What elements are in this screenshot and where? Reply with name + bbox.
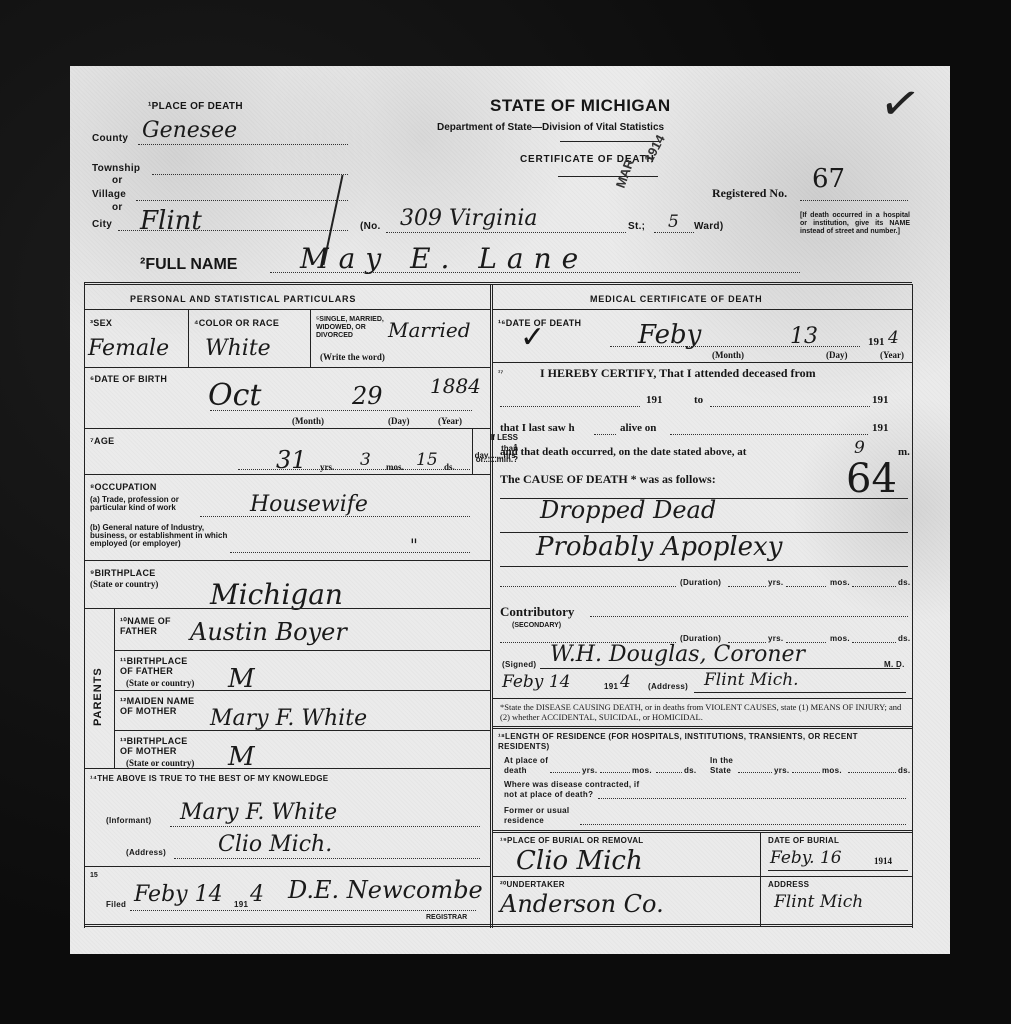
check-mark-icon: ✓	[520, 320, 545, 355]
contributory-label: Contributory	[500, 604, 574, 620]
in-state-label: In the State	[710, 756, 746, 776]
village-label: Village	[92, 190, 126, 200]
divider	[84, 560, 490, 561]
at-place-label: At place of death	[504, 756, 554, 776]
dotted-line	[594, 434, 616, 435]
month-caption: (Month)	[292, 416, 324, 426]
dotted-line	[130, 910, 476, 911]
filed-year-suffix: 4	[250, 882, 264, 907]
former-residence-label: Former or usual residence	[504, 806, 584, 826]
cause-code: 64	[846, 456, 897, 502]
divider	[84, 866, 490, 867]
father-name-label: ¹⁰NAME OF FATHER	[120, 616, 190, 636]
father-birthplace-label: ¹¹BIRTHPLACE OF FATHER	[120, 656, 196, 676]
yrs-label: yrs.	[320, 462, 334, 472]
registrar-signature: D.E. Newcombe	[288, 876, 483, 904]
father-name-value: Austin Boyer	[190, 618, 347, 646]
frame-left	[84, 282, 85, 928]
filed-year-prefix: 191	[234, 900, 248, 910]
mother-name-value: Mary F. White	[210, 706, 367, 731]
attended-from-year: 191	[646, 394, 663, 406]
dotted-line	[848, 772, 896, 773]
age-years: 31	[276, 446, 307, 474]
divider	[492, 726, 912, 729]
death-time-value: 9	[854, 438, 865, 458]
burial-date-value: Feby. 16	[770, 848, 842, 868]
address-line	[694, 692, 906, 693]
race-label: ⁴COLOR OR RACE	[194, 318, 279, 328]
dob-label: ⁶DATE OF BIRTH	[90, 374, 167, 384]
divider	[492, 876, 912, 877]
time-suffix: m.	[898, 446, 910, 458]
signature-line	[540, 668, 900, 669]
or-text: or	[112, 203, 123, 213]
birthplace-value: Michigan	[210, 578, 343, 611]
dotted-line	[152, 174, 348, 175]
divider	[492, 309, 912, 310]
dod-month: Feby	[638, 320, 701, 350]
divider	[114, 690, 490, 691]
birthplace-hint: (State or country)	[90, 579, 158, 589]
mother-name-label: ¹²MAIDEN NAME OF MOTHER	[120, 696, 206, 716]
yrs-label: yrs.	[774, 766, 789, 776]
divider	[492, 362, 912, 363]
dotted-line	[598, 798, 906, 799]
mother-birthplace-hint: (State or country)	[126, 758, 194, 768]
dotted-line	[792, 772, 820, 773]
age-months: 3	[360, 450, 371, 470]
burial-place-value: Clio Mich	[516, 846, 643, 876]
md-label: M. D.	[884, 660, 905, 670]
ds-label: ds.	[444, 462, 455, 472]
duration-label: (Duration)	[680, 578, 721, 588]
signed-year-prefix: 191	[604, 682, 618, 692]
sex-value: Female	[88, 336, 169, 361]
cause-line-1: Dropped Dead	[540, 496, 716, 524]
informant-label: (Informant)	[106, 816, 152, 826]
or-text: or	[112, 176, 123, 186]
mos-label: mos.	[632, 766, 652, 776]
yrs-label: yrs.	[582, 766, 597, 776]
yrs-label: yrs.	[768, 578, 783, 588]
dob-month: Oct	[208, 378, 261, 413]
dotted-line	[550, 772, 580, 773]
ds-label: ds.	[898, 766, 910, 776]
signed-value: W.H. Douglas, Coroner	[550, 642, 805, 667]
occupation-label: ⁸OCCUPATION	[90, 482, 157, 492]
day-caption: (Day)	[388, 416, 410, 426]
hospital-note: [If death occurred in a hospital or inst…	[800, 212, 910, 236]
dotted-line	[590, 616, 908, 617]
dotted-line	[136, 200, 348, 201]
occupation-b-value: "	[410, 536, 418, 556]
age-days: 15	[416, 450, 438, 470]
mos-label: mos.	[830, 578, 850, 588]
race-value: White	[205, 336, 271, 361]
burial-year: 1914	[874, 856, 892, 866]
signed-label: (Signed)	[502, 660, 536, 670]
cause-of-death-label: The CAUSE OF DEATH * was as follows:	[500, 472, 716, 487]
dob-day: 29	[352, 382, 383, 410]
divider	[492, 830, 912, 833]
registered-no-label: Registered No.	[712, 186, 787, 201]
dod-year-suffix: 4	[888, 328, 899, 348]
dotted-line	[852, 586, 896, 587]
dotted-line	[386, 232, 626, 233]
registrar-label: REGISTRAR	[426, 914, 467, 922]
burial-place-label: ¹⁹PLACE OF BURIAL OR REMOVAL	[500, 836, 643, 846]
birthplace-label: ⁹BIRTHPLACE	[90, 568, 156, 578]
attended-to-year: 191	[872, 394, 889, 406]
ward-label: Ward)	[694, 222, 723, 232]
to-label: to	[694, 394, 703, 406]
divider	[114, 650, 490, 651]
dotted-line	[728, 586, 766, 587]
year-caption: (Year)	[880, 350, 904, 360]
filed-label: Filed	[106, 900, 126, 910]
year-caption: (Year)	[438, 416, 462, 426]
dotted-line	[800, 200, 908, 201]
marital-label: ⁵SINGLE, MARRIED, WIDOWED, OR DIVORCED	[316, 316, 388, 340]
divider	[84, 282, 912, 285]
dotted-line	[500, 406, 640, 407]
marital-value: Married	[388, 318, 471, 342]
residence-title: ¹⁸LENGTH OF RESIDENCE (FOR HOSPITALS, IN…	[498, 732, 908, 752]
ds-label: ds.	[898, 578, 910, 588]
mother-birthplace-label: ¹³BIRTHPLACE OF MOTHER	[120, 736, 196, 756]
informant-address-label: (Address)	[126, 848, 166, 858]
occupation-b-label: (b) General nature of Industry, business…	[90, 524, 230, 548]
dotted-line	[230, 552, 470, 553]
filed-number: 15	[90, 872, 98, 880]
signed-year-suffix: 4	[620, 672, 631, 692]
filed-date: Feby 14	[134, 882, 223, 907]
dotted-line	[170, 826, 480, 827]
dotted-line	[138, 144, 348, 145]
occupation-a-value: Housewife	[250, 492, 368, 517]
contracted-label: Where was disease contracted, if not at …	[504, 780, 644, 800]
father-birthplace-hint: (State or country)	[126, 678, 194, 688]
divider	[84, 768, 490, 769]
signature-address-value: Flint Mich.	[704, 670, 799, 690]
cause-line	[500, 566, 908, 567]
divider	[84, 608, 490, 609]
secondary-label: (SECONDARY)	[512, 622, 561, 630]
county-label: County	[92, 134, 128, 144]
certify-line: I HEREBY CERTIFY, That I attended deceas…	[540, 366, 816, 381]
dotted-line	[500, 586, 676, 587]
medical-section-title: MEDICAL CERTIFICATE OF DEATH	[590, 294, 762, 304]
divider	[84, 924, 912, 927]
ds-label: ds.	[684, 766, 696, 776]
item-17-number: ¹⁷	[498, 370, 503, 378]
signed-date: Feby 14	[502, 672, 570, 692]
city-label: City	[92, 220, 112, 230]
dotted-line	[852, 642, 896, 643]
dotted-line	[174, 858, 480, 859]
cause-footnote: *State the DISEASE CAUSING DEATH, or in …	[500, 702, 906, 722]
street-no-label: (No.	[360, 222, 381, 232]
county-value: Genesee	[142, 118, 237, 143]
less-than-minutes: or......min.?	[474, 456, 518, 464]
day-caption: (Day)	[826, 350, 848, 360]
divider	[188, 309, 189, 367]
occupation-a-label: (a) Trade, profession or particular kind…	[90, 496, 200, 512]
full-name-value: May E. Lane	[300, 242, 588, 275]
undertaker-address-label: ADDRESS	[768, 880, 809, 890]
mos-label: mos.	[830, 634, 850, 644]
signature-address-label: (Address)	[648, 682, 688, 692]
last-saw-year: 191	[872, 422, 889, 434]
informant-statement: ¹⁴THE ABOVE IS TRUE TO THE BEST OF MY KN…	[90, 774, 328, 784]
ward-value: 5	[668, 212, 679, 232]
sex-label: ³SEX	[90, 318, 112, 328]
dotted-line	[580, 824, 906, 825]
divider	[558, 176, 658, 177]
full-name-label: ²FULL NAME	[140, 256, 237, 274]
frame-right	[912, 284, 913, 928]
divider	[492, 698, 912, 699]
death-certificate: ¹PLACE OF DEATH STATE OF MICHIGAN Depart…	[70, 66, 950, 954]
parents-vertical-label: PARENTS	[92, 667, 104, 726]
dod-day: 13	[790, 324, 818, 349]
street-value: 309 Virginia	[400, 206, 537, 231]
divider	[84, 428, 490, 429]
death-occurred-label: and that death occurred, on the date sta…	[500, 446, 746, 458]
divider	[310, 309, 311, 367]
divider	[114, 608, 115, 768]
dod-year-prefix: 191	[868, 336, 885, 348]
informant-value: Mary F. White	[180, 800, 337, 825]
city-value: Flint	[140, 206, 202, 236]
department-subtitle: Department of State—Division of Vital St…	[437, 122, 664, 133]
dotted-line	[738, 772, 772, 773]
divider	[84, 474, 490, 475]
registered-no-value: 67	[812, 164, 845, 194]
mos-label: mos.	[386, 462, 404, 472]
alive-on-label: alive on	[620, 422, 656, 434]
divider	[472, 428, 473, 474]
dotted-line	[710, 406, 870, 407]
dotted-line	[654, 232, 694, 233]
place-of-death-label: ¹PLACE OF DEATH	[148, 102, 243, 112]
marital-hint: (Write the word)	[320, 352, 385, 362]
divider	[84, 309, 490, 310]
street-label: St.;	[628, 222, 645, 232]
dotted-line	[670, 434, 868, 435]
divider	[84, 367, 490, 368]
township-label: Township	[92, 164, 140, 174]
dotted-line	[786, 586, 826, 587]
dotted-line	[600, 772, 630, 773]
undertaker-value: Anderson Co.	[500, 890, 664, 918]
divider	[760, 832, 761, 926]
dotted-line	[656, 772, 682, 773]
divider	[114, 730, 490, 731]
cause-line-2: Probably Apoplexy	[536, 532, 782, 562]
undertaker-address-value: Flint Mich	[774, 892, 863, 912]
state-title: STATE OF MICHIGAN	[490, 96, 671, 116]
personal-section-title: PERSONAL AND STATISTICAL PARTICULARS	[130, 294, 356, 304]
mos-label: mos.	[822, 766, 842, 776]
age-label: ⁷AGE	[90, 436, 114, 446]
month-caption: (Month)	[712, 350, 744, 360]
burial-date-label: DATE OF BURIAL	[768, 836, 839, 846]
divider	[560, 141, 660, 142]
check-mark-icon: ✓	[875, 73, 924, 135]
received-stamp-year: 1914	[641, 132, 668, 165]
date-line	[768, 870, 908, 871]
ds-label: ds.	[898, 634, 910, 644]
dob-year: 1884	[430, 374, 481, 398]
informant-address-value: Clio Mich.	[218, 832, 332, 857]
undertaker-label: ²⁰UNDERTAKER	[500, 880, 565, 890]
